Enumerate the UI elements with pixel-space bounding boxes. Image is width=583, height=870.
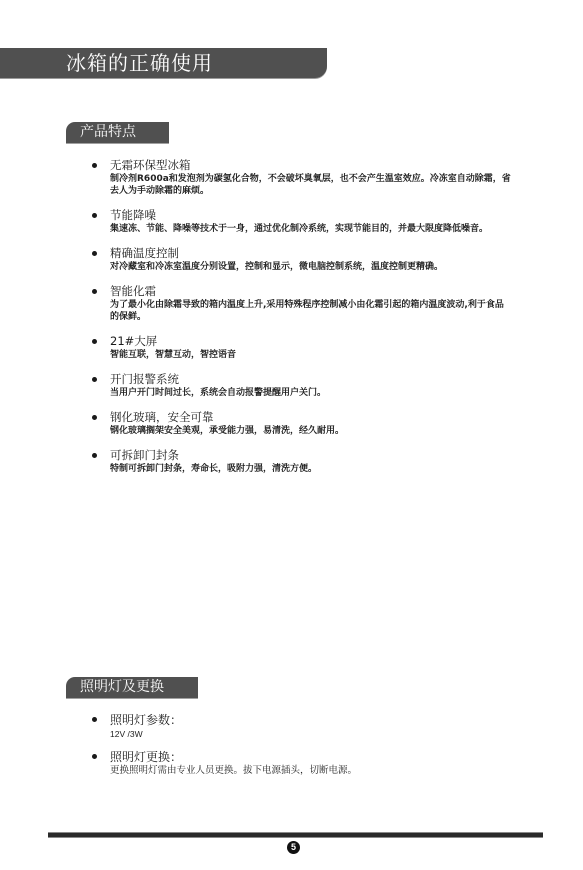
- feature-description: 钢化玻璃搁架安全美观，承受能力强，易清洗，经久耐用。: [110, 425, 512, 437]
- lighting-list: 照明灯参数： 12V /3W 照明灯更换： 更换照明灯需由专业人员更换。拔下电源…: [92, 712, 492, 786]
- bullet-icon: [92, 453, 97, 458]
- list-item: 21#大屏 智能互联，智慧互动，智控语音: [92, 334, 512, 361]
- feature-description: 为了最小化由除霜导致的箱内温度上升,采用特殊程序控制减小由化霜引起的箱内温度波动…: [110, 299, 512, 323]
- list-item: 照明灯参数： 12V /3W: [92, 712, 492, 740]
- feature-title: 节能降噪: [110, 208, 512, 223]
- bullet-icon: [92, 415, 97, 420]
- list-item: 精确温度控制 对冷藏室和冷冻室温度分别设置，控制和显示，微电脑控制系统，温度控制…: [92, 246, 512, 273]
- feature-description: 智能互联，智慧互动，智控语音: [110, 349, 512, 361]
- list-item: 智能化霜 为了最小化由除霜导致的箱内温度上升,采用特殊程序控制减小由化霜引起的箱…: [92, 284, 512, 323]
- feature-description: 对冷藏室和冷冻室温度分别设置，控制和显示，微电脑控制系统，温度控制更精确。: [110, 261, 512, 273]
- lighting-spec-value: 12V /3W: [110, 728, 492, 740]
- list-item: 无霜环保型冰箱 制冷剂R600a和发泡剂为碳氢化合物，不会破坏臭氧层，也不会产生…: [92, 158, 512, 197]
- feature-description: 特制可拆卸门封条，寿命长，吸附力强，清洗方便。: [110, 463, 512, 475]
- page-title: 冰箱的正确使用: [66, 50, 213, 76]
- feature-title: 智能化霜: [110, 284, 512, 299]
- bullet-icon: [92, 377, 97, 382]
- bullet-icon: [92, 289, 97, 294]
- feature-title: 钢化玻璃，安全可靠: [110, 410, 512, 425]
- page-number: 5: [287, 841, 300, 854]
- list-item: 照明灯更换： 更换照明灯需由专业人员更换。拔下电源插头，切断电源。: [92, 749, 492, 777]
- bullet-icon: [92, 717, 97, 722]
- list-item: 钢化玻璃，安全可靠 钢化玻璃搁架安全美观，承受能力强，易清洗，经久耐用。: [92, 410, 512, 437]
- page-header-bar: 冰箱的正确使用: [0, 48, 327, 78]
- list-item: 可拆卸门封条 特制可拆卸门封条，寿命长，吸附力强，清洗方便。: [92, 448, 512, 475]
- bullet-icon: [92, 213, 97, 218]
- feature-title: 精确温度控制: [110, 246, 512, 261]
- footer-divider: [48, 832, 543, 838]
- list-item: 开门报警系统 当用户开门时间过长，系统会自动报警提醒用户关门。: [92, 372, 512, 399]
- lighting-replace-title: 照明灯更换：: [110, 749, 492, 765]
- bullet-icon: [92, 251, 97, 256]
- feature-title: 开门报警系统: [110, 372, 512, 387]
- lighting-replace-desc: 更换照明灯需由专业人员更换。拔下电源插头，切断电源。: [110, 765, 492, 777]
- section-tab-product-features: 产品特点: [66, 122, 169, 143]
- feature-title: 21#大屏: [110, 334, 512, 349]
- bullet-icon: [92, 339, 97, 344]
- feature-list: 无霜环保型冰箱 制冷剂R600a和发泡剂为碳氢化合物，不会破坏臭氧层，也不会产生…: [92, 158, 512, 486]
- lighting-spec-title: 照明灯参数：: [110, 712, 492, 728]
- bullet-icon: [92, 754, 97, 759]
- feature-title: 可拆卸门封条: [110, 448, 512, 463]
- feature-description: 制冷剂R600a和发泡剂为碳氢化合物，不会破坏臭氧层，也不会产生温室效应。冷冻室…: [110, 173, 512, 197]
- list-item: 节能降噪 集速冻、节能、降噪等技术于一身，通过优化制冷系统，实现节能目的，并最大…: [92, 208, 512, 235]
- feature-title: 无霜环保型冰箱: [110, 158, 512, 173]
- feature-description: 集速冻、节能、降噪等技术于一身，通过优化制冷系统，实现节能目的，并最大限度降低噪…: [110, 223, 512, 235]
- bullet-icon: [92, 163, 97, 168]
- feature-description: 当用户开门时间过长，系统会自动报警提醒用户关门。: [110, 387, 512, 399]
- section-tab-lighting: 照明灯及更换: [66, 677, 198, 698]
